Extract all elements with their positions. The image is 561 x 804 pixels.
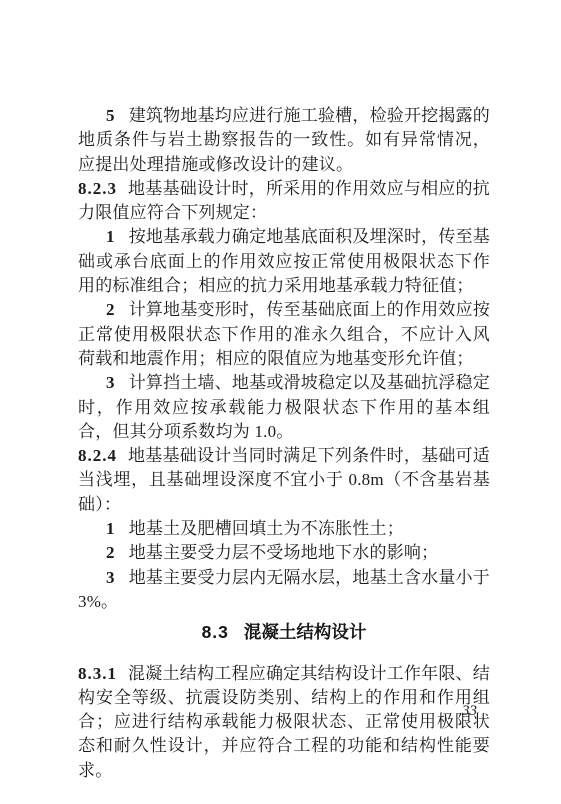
clause-text: 混凝土结构工程应确定其结构设计工作年限、结构安全等级、抗震设防类别、结构上的作用… <box>78 664 490 780</box>
list-item-1b: 1地基土及肥槽回填土为不冻胀性土； <box>78 517 490 541</box>
item-text: 按地基承载力确定地基底面积及埋深时，传至基础或承台底面上的作用效应按正常使用极限… <box>78 227 490 295</box>
list-item-2b: 2地基主要受力层不受场地地下水的影响； <box>78 541 490 565</box>
clause-8-3-1: 8.3.1混凝土结构工程应确定其结构设计工作年限、结构安全等级、抗震设防类别、结… <box>78 662 490 783</box>
item-text: 计算挡土墙、地基或滑坡稳定以及基础抗浮稳定时，作用效应按承载能力极限状态下作用的… <box>78 373 490 441</box>
item-number: 2 <box>106 543 115 562</box>
item-text: 地基主要受力层内无隔水层，地基土含水量小于 3%。 <box>78 568 490 611</box>
clause-number: 8.2.4 <box>78 446 117 465</box>
item-number: 5 <box>106 106 115 125</box>
clause-text: 地基基础设计当同时满足下列条件时，基础可适当浅埋，且基础埋设深度不宜小于 0.8… <box>78 446 490 514</box>
clause-8-2-3: 8.2.3地基基础设计时，所采用的作用效应与相应的抗力限值应符合下列规定： <box>78 177 490 226</box>
item-text: 地基主要受力层不受场地地下水的影响； <box>129 543 439 562</box>
section-heading-8-3: 8.3混凝土结构设计 <box>78 620 490 644</box>
section-title: 混凝土结构设计 <box>244 622 367 642</box>
item-text: 建筑物地基均应进行施工验槽，检验开挖揭露的地质条件与岩土勘察报告的一致性。如有异… <box>78 106 490 174</box>
item-text: 地基土及肥槽回填土为不冻胀性土； <box>129 519 404 538</box>
list-item-3b: 3地基主要受力层内无隔水层，地基土含水量小于 3%。 <box>78 566 490 615</box>
list-item-5: 5建筑物地基均应进行施工验槽，检验开挖揭露的地质条件与岩土勘察报告的一致性。如有… <box>78 104 490 177</box>
list-item-2: 2计算地基变形时，传至基础底面上的作用效应按正常使用极限状态下作用的准永久组合，… <box>78 298 490 371</box>
item-text: 计算地基变形时，传至基础底面上的作用效应按正常使用极限状态下作用的准永久组合，不… <box>78 300 490 368</box>
clause-number: 8.2.3 <box>78 179 117 198</box>
page-number: 33 <box>462 703 477 720</box>
list-item-3: 3计算挡土墙、地基或滑坡稳定以及基础抗浮稳定时，作用效应按承载能力极限状态下作用… <box>78 371 490 444</box>
clause-number: 8.3.1 <box>78 664 117 683</box>
clause-8-2-4: 8.2.4地基基础设计当同时满足下列条件时，基础可适当浅埋，且基础埋设深度不宜小… <box>78 444 490 517</box>
clause-text: 地基基础设计时，所采用的作用效应与相应的抗力限值应符合下列规定： <box>78 179 490 222</box>
document-page: 5建筑物地基均应进行施工验槽，检验开挖揭露的地质条件与岩土勘察报告的一致性。如有… <box>0 0 561 804</box>
item-number: 1 <box>106 519 115 538</box>
item-number: 3 <box>106 568 115 587</box>
list-item-1: 1按地基承载力确定地基底面积及埋深时，传至基础或承台底面上的作用效应按正常使用极… <box>78 225 490 298</box>
item-number: 3 <box>106 373 115 392</box>
page-content: 5建筑物地基均应进行施工验槽，检验开挖揭露的地质条件与岩土勘察报告的一致性。如有… <box>78 104 490 783</box>
item-number: 2 <box>106 300 115 319</box>
item-number: 1 <box>106 227 115 246</box>
section-number: 8.3 <box>202 622 229 642</box>
